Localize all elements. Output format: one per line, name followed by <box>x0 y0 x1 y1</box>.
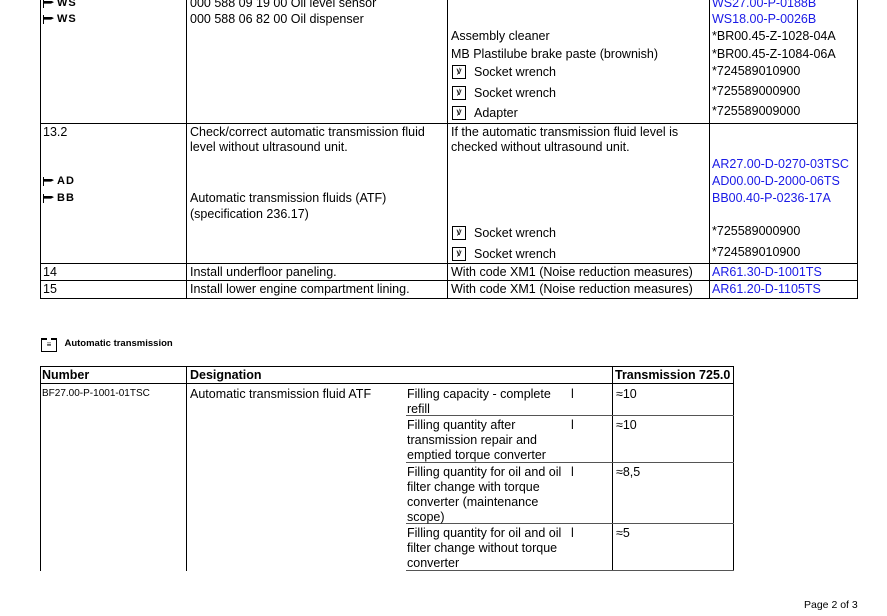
upper-table-divider-3 <box>709 0 710 298</box>
special-tool-icon: ꝟ <box>452 106 466 120</box>
reference-hand-icon <box>43 0 55 8</box>
ws-link-2[interactable]: WS18.00-P-0026B <box>712 12 816 27</box>
header-number: Number <box>42 368 89 383</box>
spec-desc-4: Filling quantity for oil and oil filter … <box>407 526 567 571</box>
material-assembly-cleaner: Assembly cleaner <box>451 29 550 44</box>
tool-ref-4: *725589000900 <box>712 224 800 239</box>
step-number-13-2: 13.2 <box>43 125 67 140</box>
note-15: With code XM1 (Noise reduction measures) <box>451 282 693 297</box>
special-tool-icon: ꝟ <box>452 226 466 240</box>
spec-table-left <box>40 366 41 571</box>
tool-ref-1: *724589010900 <box>712 64 800 79</box>
bb-reference: BB <box>43 191 75 206</box>
spec-table-div-1 <box>186 366 187 571</box>
special-tool-icon: ꝟ <box>452 247 466 261</box>
header-designation: Designation <box>190 368 262 383</box>
tool-adapter: ꝟAdapter <box>452 106 518 121</box>
ad-reference: AD <box>43 174 75 189</box>
upper-table-border-left <box>40 0 41 298</box>
tool-socket-wrench-1: ꝟSocket wrench <box>452 65 556 80</box>
ar-link-14[interactable]: AR61.30-D-1001TS <box>712 265 822 280</box>
material-ref-1: *BR00.45-Z-1028-04A <box>712 29 836 44</box>
operation-15: Install lower engine compartment lining. <box>190 282 410 297</box>
spec-value-2: ≈10 <box>616 418 637 433</box>
special-tool-icon: ꝟ <box>452 65 466 79</box>
tool-socket-wrench-2: ꝟSocket wrench <box>452 86 556 101</box>
spec-value-1: ≈10 <box>616 387 637 402</box>
ar-link-15[interactable]: AR61.20-D-1105TS <box>712 282 821 297</box>
reference-hand-icon <box>43 15 55 24</box>
bb-text-line1: Automatic transmission fluids (ATF) <box>190 191 386 206</box>
reference-hand-icon <box>43 177 55 186</box>
spec-desc-2: Filling quantity after transmission repa… <box>407 418 557 463</box>
spec-unit-3: l <box>571 465 574 480</box>
ws-text-1: 000 588 09 19 00 Oil level sensor <box>190 0 376 11</box>
bb-link[interactable]: BB00.40-P-0236-17A <box>712 191 831 206</box>
material-brake-paste: MB Plastilube brake paste (brownish) <box>451 47 658 62</box>
step-number-15: 15 <box>43 282 57 297</box>
upper-table-divider-1 <box>186 0 187 298</box>
bb-text-line2: (specification 236.17) <box>190 207 309 222</box>
operation-14: Install underfloor paneling. <box>190 265 337 280</box>
ws-text-2: 000 588 06 82 00 Oil dispenser <box>190 12 364 27</box>
upper-table-row-line <box>40 263 858 264</box>
ar-link-13-2[interactable]: AR27.00-D-0270-03TSC <box>712 157 849 172</box>
spec-value-3: ≈8,5 <box>616 465 640 480</box>
note-14: With code XM1 (Noise reduction measures) <box>451 265 693 280</box>
ad-link[interactable]: AD00.00-D-2000-06TS <box>712 174 840 189</box>
tool-ref-3: *725589009000 <box>712 104 800 119</box>
spec-table-right <box>733 366 734 571</box>
note-13-2-line2: checked without ultrasound unit. <box>451 140 630 155</box>
operation-13-2-line1: Check/correct automatic transmission flu… <box>190 125 425 140</box>
spec-unit-2: l <box>571 418 574 433</box>
spec-unit-4: l <box>571 526 574 541</box>
spec-table-top <box>40 366 734 367</box>
spec-unit-1: l <box>571 387 574 402</box>
spec-desc-1: Filling capacity - complete refill <box>407 387 562 417</box>
spec-desc-3: Filling quantity for oil and oil filter … <box>407 465 567 525</box>
upper-table-row-line <box>40 123 858 124</box>
data-sheet-icon: ≡ <box>41 338 57 352</box>
tool-ref-2: *725589000900 <box>712 84 800 99</box>
page-number: Page 2 of 3 <box>804 598 858 613</box>
ws-link-1[interactable]: WS27.00-P-0188B <box>712 0 816 11</box>
spec-table-div-2 <box>612 366 613 571</box>
ws-reference-2: WS <box>43 12 77 27</box>
step-number-14: 14 <box>43 265 57 280</box>
upper-table-row-line <box>40 280 858 281</box>
reference-hand-icon <box>43 194 55 203</box>
upper-table-border-right <box>857 0 858 298</box>
tool-ref-5: *724589010900 <box>712 245 800 260</box>
material-ref-2: *BR00.45-Z-1084-06A <box>712 47 836 62</box>
spec-table-header-bottom <box>40 383 734 384</box>
section-heading: ≡ Automatic transmission <box>41 334 173 352</box>
spec-value-4: ≈5 <box>616 526 630 541</box>
spec-designation: Automatic transmission fluid ATF <box>190 387 371 402</box>
upper-table-divider-2 <box>447 0 448 298</box>
note-13-2-line1: If the automatic transmission fluid leve… <box>451 125 678 140</box>
header-transmission-model: Transmission 725.0 <box>615 368 730 383</box>
spec-number: BF27.00-P-1001-01TSC <box>42 386 150 401</box>
tool-socket-wrench-4: ꝟSocket wrench <box>452 247 556 262</box>
upper-table-row-line <box>40 298 858 299</box>
operation-13-2-line2: level without ultrasound unit. <box>190 140 348 155</box>
tool-socket-wrench-3: ꝟSocket wrench <box>452 226 556 241</box>
ws-reference-1: WS <box>43 0 77 11</box>
special-tool-icon: ꝟ <box>452 86 466 100</box>
